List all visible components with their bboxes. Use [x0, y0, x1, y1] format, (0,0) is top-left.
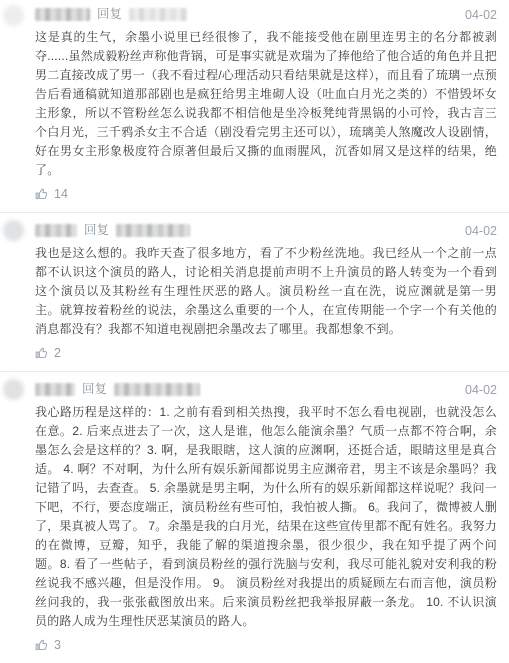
avatar[interactable]	[3, 5, 24, 26]
like-count: 2	[54, 346, 61, 360]
comment-item-1: 回复 04-02 这是真的生气，余墨小说里已经很惨了，我不能接受他在剧里连男主的…	[0, 0, 509, 212]
comment-header: 回复 04-02	[35, 6, 497, 23]
comment-item-2: 回复 04-02 我也是这么想的。我昨天查了很多地方，看了不少粉丝洗地。我已经从…	[0, 212, 509, 371]
reply-target-username-redacted[interactable]	[129, 8, 187, 21]
like-button[interactable]: 2	[35, 346, 61, 360]
avatar[interactable]	[3, 379, 24, 400]
avatar[interactable]	[3, 220, 24, 241]
reply-target-username-redacted[interactable]	[114, 383, 200, 396]
comment-item-3: 回复 04-02 我心路历程是这样的：1. 之前有看到相关热搜，我平时不怎么看电…	[0, 371, 509, 663]
comment-list: 回复 04-02 这是真的生气，余墨小说里已经很惨了，我不能接受他在剧里连男主的…	[0, 0, 509, 663]
like-count: 14	[54, 187, 68, 201]
reply-label: 回复	[97, 6, 122, 23]
username-redacted[interactable]	[35, 8, 90, 21]
thumbs-up-icon	[35, 346, 49, 360]
like-button[interactable]: 3	[35, 638, 61, 652]
comment-text: 我心路历程是这样的：1. 之前有看到相关热搜，我平时不怎么看电视剧，也就没怎么在…	[35, 403, 497, 631]
username-redacted[interactable]	[35, 383, 75, 396]
reply-label: 回复	[84, 222, 109, 239]
reply-target-username-redacted[interactable]	[116, 224, 190, 237]
comment-header: 回复 04-02	[35, 381, 497, 398]
comment-date: 04-02	[465, 8, 497, 22]
comment-text: 我也是这么想的。我昨天查了很多地方，看了不少粉丝洗地。我已经从一个之前一点都不认…	[35, 244, 497, 339]
comment-date: 04-02	[465, 383, 497, 397]
thumbs-up-icon	[35, 638, 49, 652]
username-redacted[interactable]	[35, 224, 77, 237]
reply-label: 回复	[82, 381, 107, 398]
comment-header: 回复 04-02	[35, 222, 497, 239]
like-button[interactable]: 14	[35, 187, 68, 201]
thumbs-up-icon	[35, 187, 49, 201]
comment-date: 04-02	[465, 224, 497, 238]
comment-text: 这是真的生气，余墨小说里已经很惨了，我不能接受他在剧里连男主的名分都被剥夺...…	[35, 28, 497, 180]
like-count: 3	[54, 638, 61, 652]
